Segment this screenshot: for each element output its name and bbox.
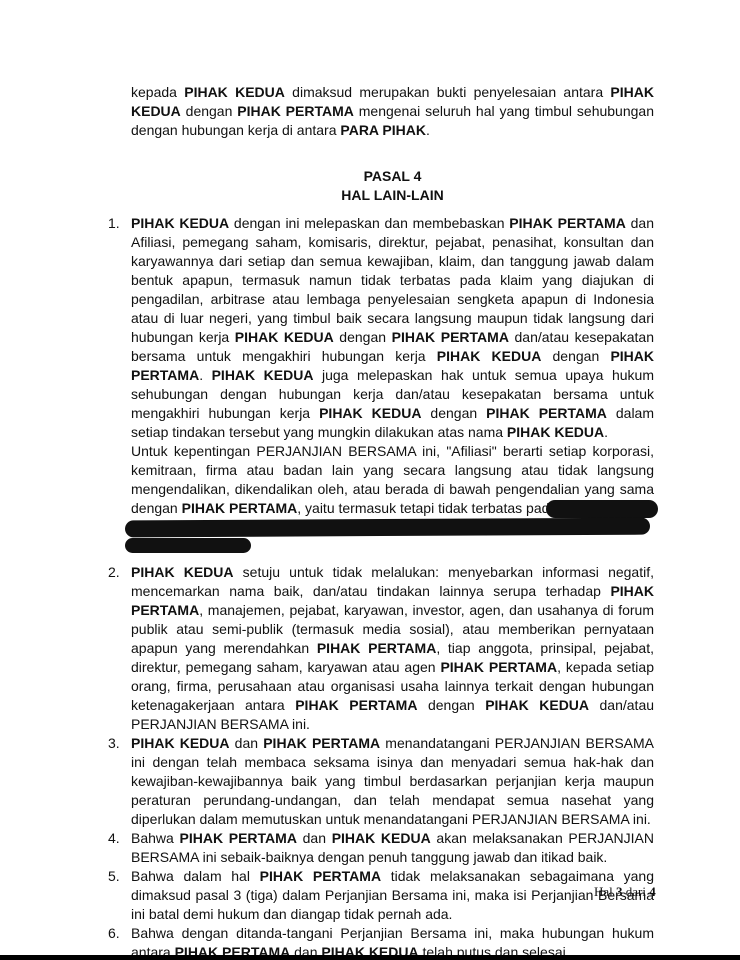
footer-prefix: Hal <box>594 884 616 899</box>
total-page-count: 4 <box>649 884 656 899</box>
clause-text: PIHAK KEDUA setuju untuk tidak melalukan… <box>131 564 654 732</box>
clause-number: 4. <box>108 829 120 848</box>
section-heading: PASAL 4 HAL LAIN-LAIN <box>131 167 654 205</box>
clause-text: PIHAK KEDUA dengan ini melepaskan dan me… <box>131 215 654 440</box>
clause-item-3: 3. PIHAK KEDUA dan PIHAK PERTAMA menanda… <box>131 734 654 829</box>
page-content: kepada PIHAK KEDUA dimaksud merupakan bu… <box>131 83 654 960</box>
clause-text: Bahwa PIHAK PERTAMA dan PIHAK KEDUA akan… <box>131 830 654 865</box>
intro-paragraph: kepada PIHAK KEDUA dimaksud merupakan bu… <box>131 83 654 140</box>
clause-number: 1. <box>108 214 120 233</box>
clause-number: 5. <box>108 867 120 886</box>
redaction-mark <box>546 500 658 518</box>
clause-text: Bahwa dalam hal PIHAK PERTAMA tidak mela… <box>131 868 654 922</box>
clause-item-1: 1. PIHAK KEDUA dengan ini melepaskan dan… <box>131 214 654 563</box>
footer-separator: dari <box>623 884 650 899</box>
clause-number: 3. <box>108 734 120 753</box>
clause-number: 2. <box>108 563 120 582</box>
section-number: PASAL 4 <box>131 167 654 186</box>
page-number-footer: Hal 3 dari 4 <box>594 884 656 900</box>
redaction-mark <box>125 538 251 553</box>
clause-text: PIHAK KEDUA dan PIHAK PERTAMA menandatan… <box>131 735 654 827</box>
bottom-edge-bar <box>0 955 740 960</box>
clause-number: 6. <box>108 924 120 943</box>
clause-item-5: 5. Bahwa dalam hal PIHAK PERTAMA tidak m… <box>131 867 654 924</box>
redaction-mark <box>125 518 650 538</box>
document-page: kepada PIHAK KEDUA dimaksud merupakan bu… <box>0 0 740 955</box>
section-title: HAL LAIN-LAIN <box>131 186 654 205</box>
clause-list: 1. PIHAK KEDUA dengan ini melepaskan dan… <box>131 214 654 960</box>
clause-item-2: 2. PIHAK KEDUA setuju untuk tidak melalu… <box>131 563 654 734</box>
clause-item-4: 4. Bahwa PIHAK PERTAMA dan PIHAK KEDUA a… <box>131 829 654 867</box>
